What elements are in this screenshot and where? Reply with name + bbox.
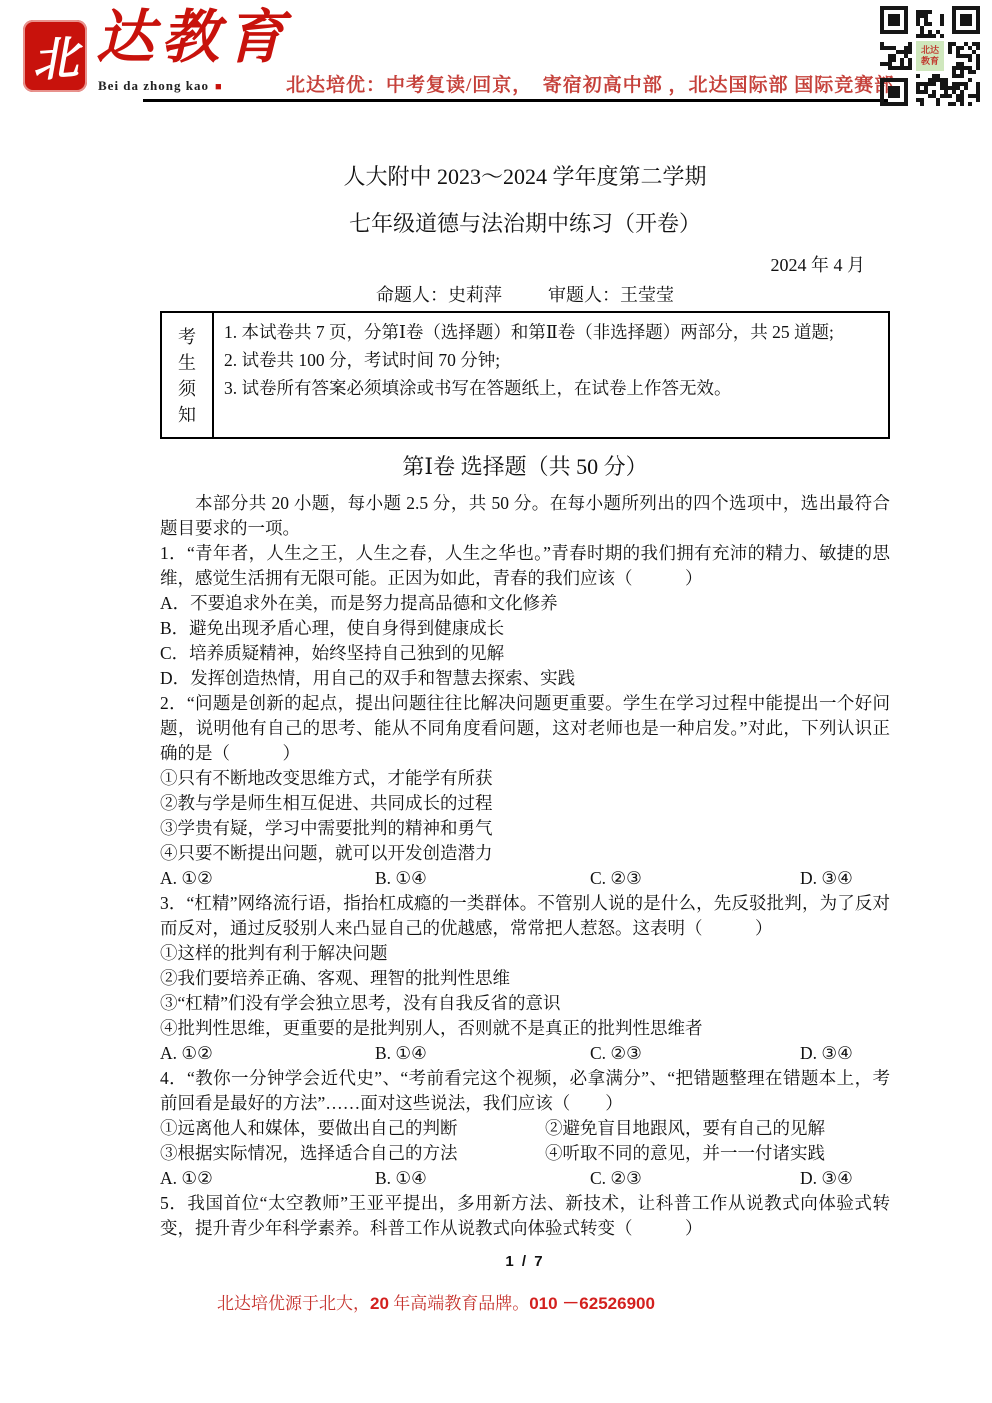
question-1-option-d: D．发挥创造热情，用自己的双手和智慧去探索、实践 <box>160 666 890 691</box>
notice-side-label: 考 生 须 知 <box>162 313 214 437</box>
seal-character: 北 <box>30 21 80 90</box>
footer-slogan-prefix: 北达培优源于北大， <box>217 1294 370 1313</box>
question-1-option-c: C．培养质疑精神，始终坚持自己独到的见解 <box>160 641 890 666</box>
question-2-choice-b: B. ①④ <box>375 866 590 891</box>
brand-name: 达教育 <box>96 8 291 68</box>
question-3-statement-2: ②我们要培养正确、客观、理智的批判性思维 <box>160 966 890 991</box>
question-2: 2．“问题是创新的起点，提出问题往往比解决问题更重要。学生在学习过程中能提出一个… <box>160 691 890 891</box>
question-1-stem: 1．“青年者，人生之王，人生之春，人生之华也。”青春时期的我们拥有充沛的精力、敏… <box>160 541 890 591</box>
question-5: 5．我国首位“太空教师”王亚平提出，多用新方法、新技术，让科普工作从说教式向体验… <box>160 1191 890 1241</box>
section-intro: 本部分共 20 小题，每小题 2.5 分，共 50 分。在每小题所列出的四个选项… <box>160 491 890 541</box>
exam-date: 2024 年 4 月 <box>160 253 890 277</box>
question-4-choice-b: B. ①④ <box>375 1166 590 1191</box>
question-1-option-b: B．避免出现矛盾心理，使自身得到健康成长 <box>160 616 890 641</box>
question-5-stem: 5．我国首位“太空教师”王亚平提出，多用新方法、新技术，让科普工作从说教式向体验… <box>160 1191 890 1241</box>
notice-side-char: 生 <box>178 349 196 375</box>
question-3-choice-d: D. ③④ <box>800 1041 890 1066</box>
question-2-statement-3: ③学贵有疑，学习中需要批判的精神和勇气 <box>160 816 890 841</box>
notice-item-1: 1. 本试卷共 7 页，分第Ⅰ卷（选择题）和第Ⅱ卷（非选择题）两部分，共 25 … <box>224 318 878 346</box>
brand-seal-icon: 北 <box>23 20 87 92</box>
header-divider <box>143 99 888 102</box>
question-1: 1．“青年者，人生之王，人生之春，人生之华也。”青春时期的我们拥有充沛的精力、敏… <box>160 541 890 691</box>
question-3: 3．“杠精”网络流行语，指抬杠成瘾的一类群体。不管别人说的是什么，先反驳批判，为… <box>160 891 890 1066</box>
question-2-choice-a: A. ①② <box>160 866 375 891</box>
qr-badge-line1: 北达 <box>921 45 939 56</box>
question-3-statement-3: ③“杠精”们没有学会独立思考，没有自我反省的意识 <box>160 991 890 1016</box>
footer-phone-number: 010 －62526900 <box>529 1294 655 1313</box>
question-2-statement-1: ①只有不断地改变思维方式，才能学有所获 <box>160 766 890 791</box>
section-heading: 第Ⅰ卷 选择题（共 50 分） <box>160 452 890 482</box>
question-4-statement-4: ④听取不同的意见，并一一付诸实践 <box>545 1141 890 1166</box>
footer-slogan: 北达培优源于北大，20 年高端教育品牌。010 －62526900 <box>0 1292 872 1316</box>
question-4-choice-d: D. ③④ <box>800 1166 890 1191</box>
question-4-statement-1: ①远离他人和媒体，要做出自己的判断 <box>160 1116 545 1141</box>
notice-item-3: 3. 试卷所有答案必须填涂或书写在答题纸上，在试卷上作答无效。 <box>224 374 878 402</box>
exam-paper: 人大附中 2023～2024 学年度第二学期 七年级道德与法治期中练习（开卷） … <box>160 150 890 1270</box>
question-4-choices: A. ①② B. ①④ C. ②③ D. ③④ <box>160 1166 890 1191</box>
notice-items: 1. 本试卷共 7 页，分第Ⅰ卷（选择题）和第Ⅱ卷（非选择题）两部分，共 25 … <box>214 313 888 437</box>
header: 北 达教育 Bei da zhong kao■ 北达培优：中考复读/回京， 寄宿… <box>0 0 992 120</box>
notice-side-char: 知 <box>178 401 196 427</box>
exam-title-line1: 人大附中 2023～2024 学年度第二学期 <box>160 162 890 192</box>
question-2-statement-4: ④只要不断提出问题，就可以开发创造潜力 <box>160 841 890 866</box>
footer-slogan-mid: 年高端教育品牌。 <box>389 1294 529 1313</box>
question-4-statements-row2: ③根据实际情况，选择适合自己的方法 ④听取不同的意见，并一一付诸实践 <box>160 1141 890 1166</box>
qr-code: 北达 教育 <box>880 6 980 106</box>
header-tagline: 北达培优：中考复读/回京， 寄宿初高中部 ，北达国际部 国际竞赛部 <box>286 70 894 97</box>
red-square-icon: ■ <box>215 81 223 93</box>
question-4-statements-row1: ①远离他人和媒体，要做出自己的判断 ②避免盲目地跟风，要有自己的见解 <box>160 1116 890 1141</box>
question-2-stem: 2．“问题是创新的起点，提出问题往往比解决问题更重要。学生在学习过程中能提出一个… <box>160 691 890 766</box>
question-4: 4．“教你一分钟学会近代史”、“考前看完这个视频，必拿满分”、“把错题整理在错题… <box>160 1066 890 1191</box>
question-4-choice-c: C. ②③ <box>590 1166 800 1191</box>
question-1-option-a: A．不要追求外在美，而是努力提高品德和文化修养 <box>160 591 890 616</box>
qr-center-badge: 北达 教育 <box>916 41 944 71</box>
question-2-choice-d: D. ③④ <box>800 866 890 891</box>
notice-side-char: 须 <box>178 375 196 401</box>
question-3-stem: 3．“杠精”网络流行语，指抬杠成瘾的一类群体。不管别人说的是什么，先反驳批判，为… <box>160 891 890 941</box>
page-indicator: 1 / 7 <box>160 1253 890 1270</box>
candidate-notice-box: 考 生 须 知 1. 本试卷共 7 页，分第Ⅰ卷（选择题）和第Ⅱ卷（非选择题）两… <box>160 311 890 439</box>
question-2-statement-2: ②教与学是师生相互促进、共同成长的过程 <box>160 791 890 816</box>
footer-slogan-years: 20 <box>370 1294 389 1313</box>
notice-side-char: 考 <box>178 323 196 349</box>
question-setter: 命题人：史莉萍 <box>376 283 502 307</box>
question-3-choices: A. ①② B. ①④ C. ②③ D. ③④ <box>160 1041 890 1066</box>
question-2-choice-c: C. ②③ <box>590 866 800 891</box>
question-3-statement-4: ④批判性思维，更重要的是批判别人，否则就不是真正的批判性思维者 <box>160 1016 890 1041</box>
notice-item-2: 2. 试卷共 100 分，考试时间 70 分钟; <box>224 346 878 374</box>
question-3-choice-b: B. ①④ <box>375 1041 590 1066</box>
question-4-statement-3: ③根据实际情况，选择适合自己的方法 <box>160 1141 545 1166</box>
question-4-stem: 4．“教你一分钟学会近代史”、“考前看完这个视频，必拿满分”、“把错题整理在错题… <box>160 1066 890 1116</box>
question-2-choices: A. ①② B. ①④ C. ②③ D. ③④ <box>160 866 890 891</box>
qr-badge-line2: 教育 <box>921 56 939 67</box>
brand-subtitle-text: Bei da zhong kao <box>98 78 209 93</box>
brand-subtitle: Bei da zhong kao■ <box>98 78 223 94</box>
question-4-statement-2: ②避免盲目地跟风，要有自己的见解 <box>545 1116 890 1141</box>
question-3-statement-1: ①这样的批判有利于解决问题 <box>160 941 890 966</box>
question-4-choice-a: A. ①② <box>160 1166 375 1191</box>
question-reviewer: 审题人：王莹莹 <box>548 283 674 307</box>
question-3-choice-a: A. ①② <box>160 1041 375 1066</box>
question-3-choice-c: C. ②③ <box>590 1041 800 1066</box>
exam-title-line2: 七年级道德与法治期中练习（开卷） <box>160 209 890 239</box>
exam-authors: 命题人：史莉萍 审题人：王莹莹 <box>160 283 890 307</box>
